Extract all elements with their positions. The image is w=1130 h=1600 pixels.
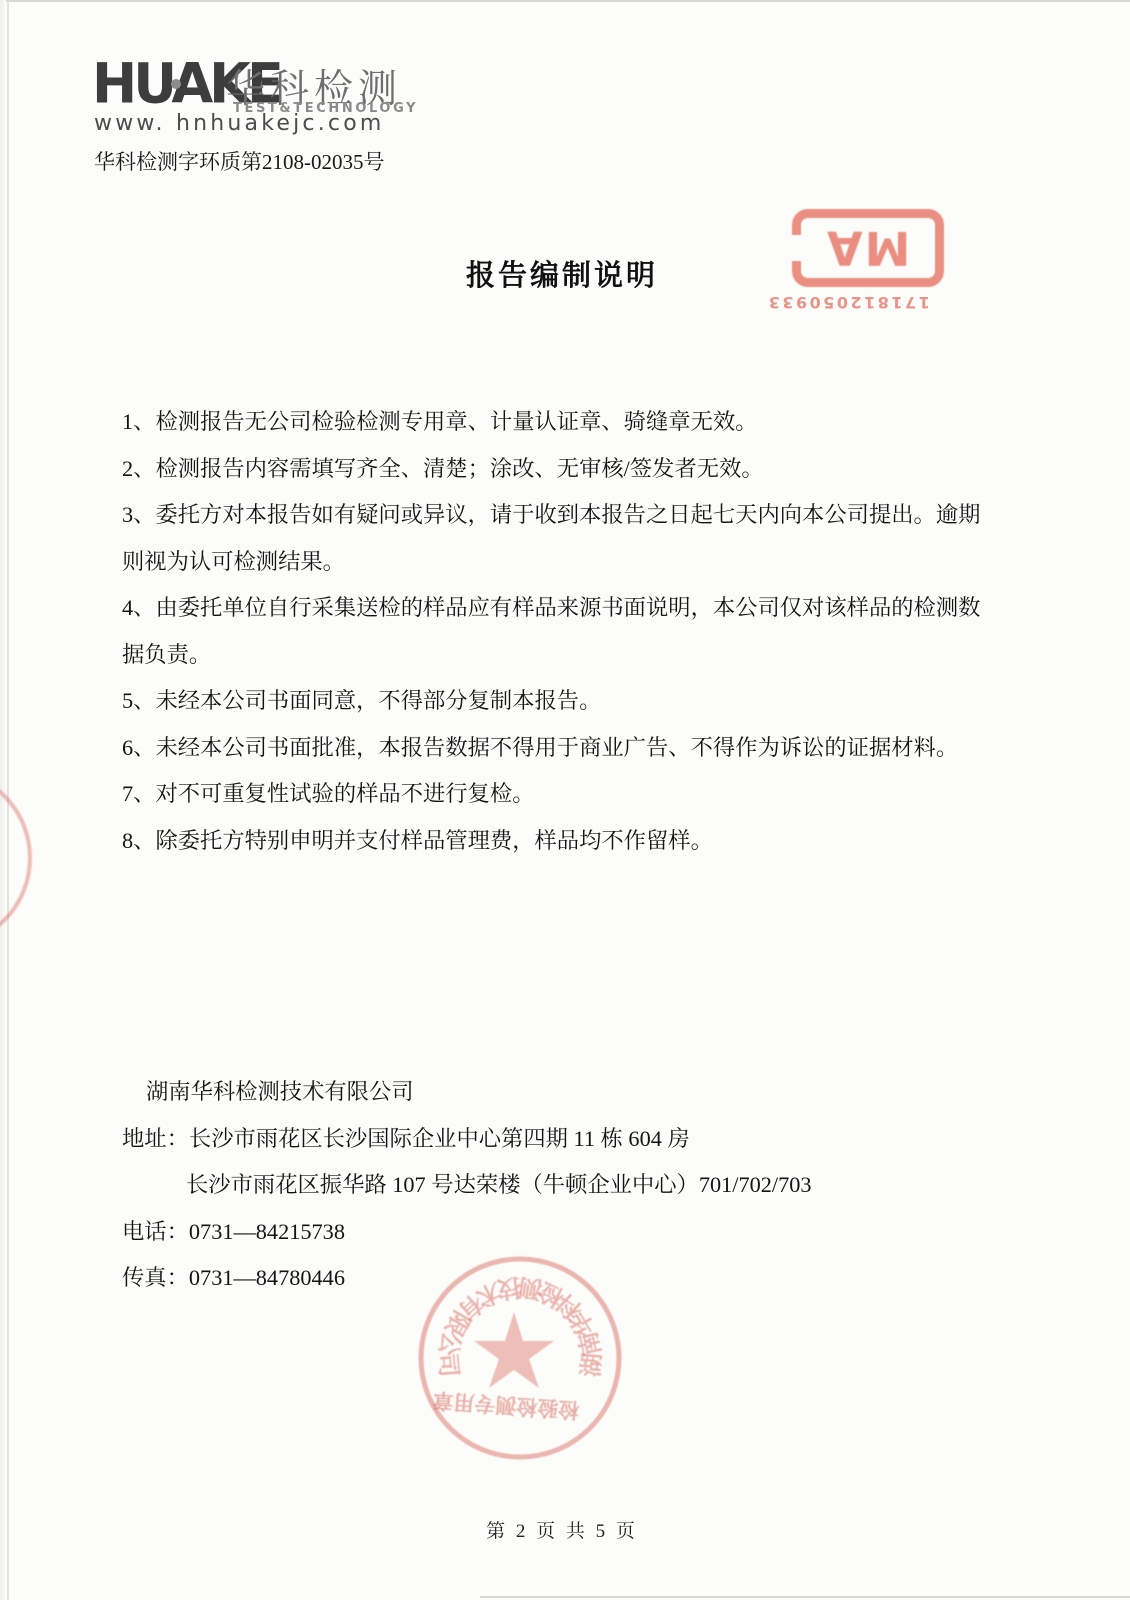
note-item-8: 8、除委托方特别申明并支付样品管理费，样品均不作留样。 [122, 818, 1016, 865]
company-address-1: 地址：长沙市雨花区长沙国际企业中心第四期 11 栋 604 房 [122, 1116, 812, 1163]
note-item-2: 2、检测报告内容需填写齐全、清楚；涂改、无审核/签发者无效。 [122, 446, 1016, 493]
company-seal: 湖南华科检测技术有限公司 检验检测专用章 [404, 1244, 640, 1480]
scan-edge-bottom [480, 1596, 1130, 1598]
note-item-5: 5、未经本公司书面同意，不得部分复制本报告。 [122, 678, 1016, 725]
cma-stamp-number: 171812050933 [766, 293, 930, 312]
huake-logo-a-dot-icon [171, 79, 181, 89]
seal-star-icon [474, 1312, 554, 1388]
page-title: 报告编制说明 [0, 253, 1124, 294]
note-item-1: 1、检测报告无公司检验检测专用章、计量认证章、骑缝章无效。 [122, 399, 1016, 446]
cma-stamp-letters: MA [825, 225, 910, 271]
page-footer: 第 2 页 共 5 页 [0, 1516, 1124, 1543]
note-item-3: 3、委托方对本报告如有疑问或异议，请于收到本报告之日起七天内向本公司提出。逾期 … [122, 492, 1016, 585]
company-name: 湖南华科检测技术有限公司 [122, 1069, 812, 1116]
notes-list: 1、检测报告无公司检验检测专用章、计量认证章、骑缝章无效。 2、检测报告内容需填… [122, 399, 1016, 864]
cma-stamp-frame: MA [792, 209, 944, 287]
note-item-6: 6、未经本公司书面批准，本报告数据不得用于商业广告、不得作为诉讼的证据材料。 [122, 725, 1016, 772]
note-item-4: 4、由委托单位自行采集送检的样品应有样品来源书面说明，本公司仅对该样品的检测数 … [122, 585, 1016, 678]
edge-seal-arc [0, 768, 32, 948]
document-number: 华科检测字环质第2108-02035号 [94, 146, 385, 176]
scan-edge-top [0, 0, 1130, 2]
note-item-7: 7、对不可重复性试验的样品不进行复检。 [122, 771, 1016, 818]
website-text: www. hnhuakejc.com [94, 111, 384, 136]
cma-stamp-frame-gap [791, 235, 802, 261]
seal-label: 检验检测专用章 [432, 1388, 580, 1422]
company-seal-graphic: 湖南华科检测技术有限公司 检验检测专用章 [404, 1244, 640, 1480]
company-address-2: 长沙市雨花区振华路 107 号达荣楼（牛顿企业中心）701/702/703 [122, 1162, 812, 1209]
